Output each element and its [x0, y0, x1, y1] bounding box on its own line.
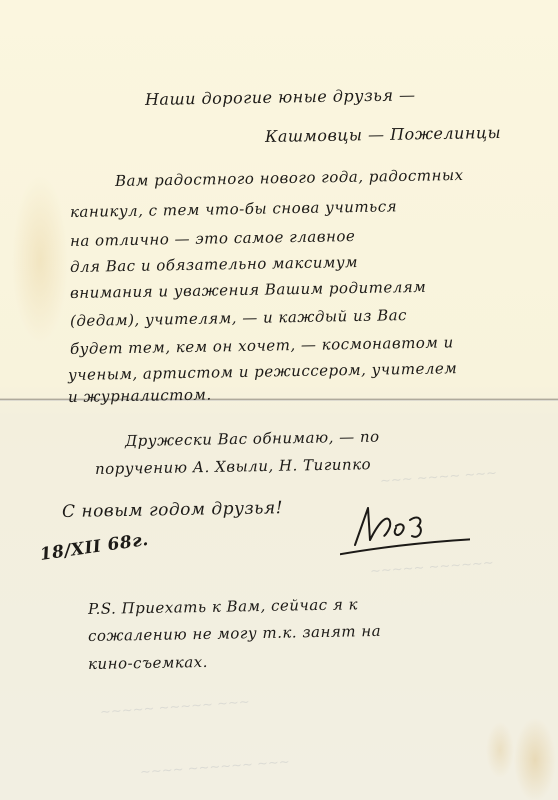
signature-mark [340, 500, 470, 560]
salutation-line-2: Кашмовцы — Пожелинцы [265, 123, 501, 146]
body-line: каникул, с тем что-бы снова учиться [70, 197, 397, 221]
body-line: (дедам), учителям, — и каждый из Вас [70, 306, 407, 330]
body-line: внимания и уважения Вашим родителям [70, 278, 426, 302]
bleed-through-text: ~~~~ ~~~~~~ ~~~ [140, 755, 291, 780]
closing-line: Дружески Вас обнимаю, — по [125, 428, 380, 450]
bleed-through-text: ~~~ ~~~~ ~~~ [380, 466, 498, 489]
bleed-through-text: ~~~~~ ~~~~~ ~~~ [100, 695, 251, 720]
body-line: на отлично — это самое главное [70, 227, 356, 250]
body-line: будет тем, кем он хочет, — космонавтом и [70, 333, 454, 358]
new-year-greeting: С новым годом друзья! [62, 498, 283, 522]
letter-date: 18/XII 68г. [39, 530, 150, 565]
postscript-line: P.S. Приехать к Вам, сейчас я к [88, 595, 358, 618]
body-line: Вам радостного нового года, радостных [115, 166, 464, 190]
postscript-line: сожалению не могу т.к. занят на [88, 622, 381, 645]
body-line: ученым, артистом и режиссером, учителем [68, 359, 458, 384]
body-line: и журналистом. [68, 385, 212, 406]
body-line: для Вас и обязательно максимум [70, 253, 358, 276]
closing-line: поручению А. Хвыли, Н. Тигипко [95, 455, 371, 478]
letter-page: ~~~ ~~~~ ~~~ ~~~~~ ~~~~~~ ~~~~~ ~~~~~ ~~… [0, 0, 558, 800]
salutation-line-1: Наши дорогие юные друзья — [145, 85, 416, 109]
postscript-line: кино-съемках. [88, 653, 208, 673]
